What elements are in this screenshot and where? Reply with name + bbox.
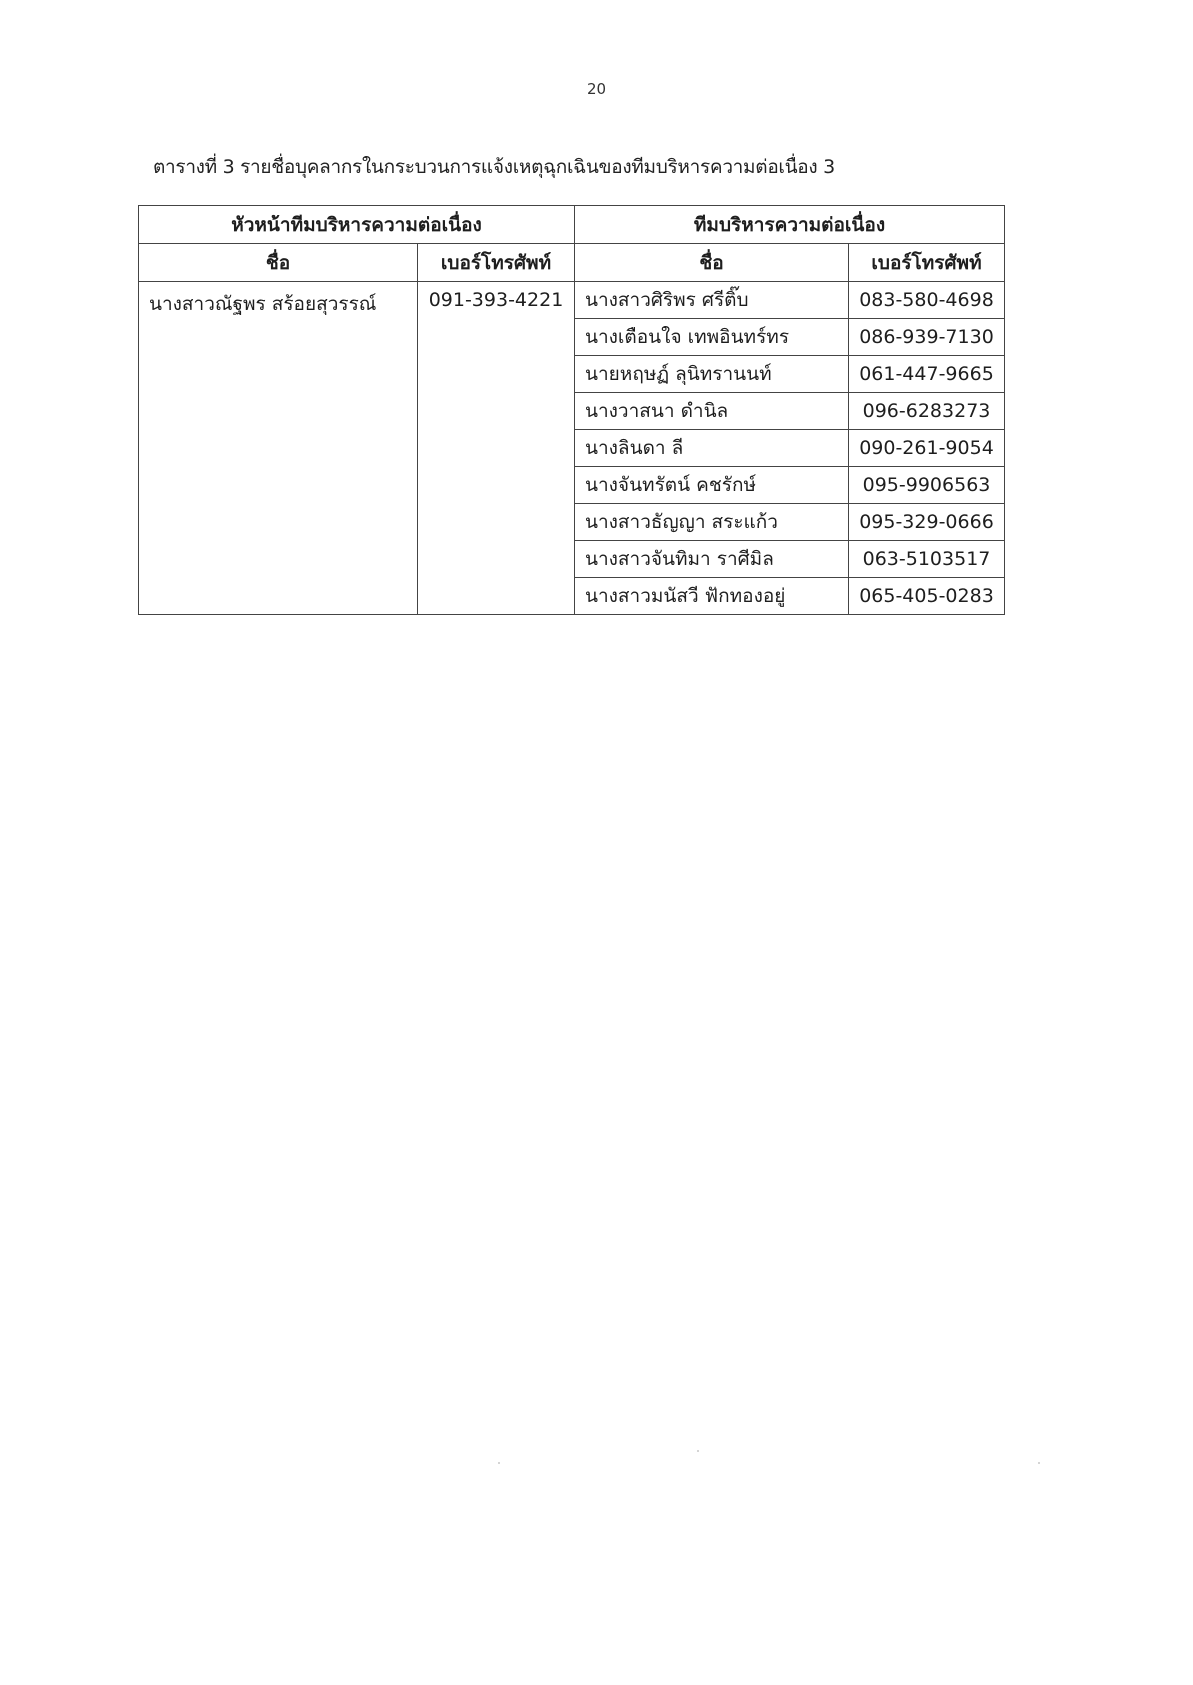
member-name: นางสาวจันทิมา ราศีมิล xyxy=(575,541,849,578)
scan-speck xyxy=(697,1450,699,1452)
member-name: นางสาวศิริพร ศรีติ๊บ xyxy=(575,282,849,319)
table-caption: ตารางที่ 3 รายชื่อบุคลากรในกระบวนการแจ้ง… xyxy=(153,152,835,182)
leader-name: นางสาวณัฐพร สร้อยสุวรรณ์ xyxy=(139,282,418,615)
member-name: นางสาวธัญญา สระแก้ว xyxy=(575,504,849,541)
member-phone: 095-329-0666 xyxy=(849,504,1005,541)
member-phone: 083-580-4698 xyxy=(849,282,1005,319)
member-phone: 096-6283273 xyxy=(849,393,1005,430)
emergency-contact-table: หัวหน้าทีมบริหารความต่อเนื่อง ทีมบริหารค… xyxy=(138,205,1005,615)
leader-phone: 091-393-4221 xyxy=(418,282,575,615)
member-phone: 090-261-9054 xyxy=(849,430,1005,467)
member-name: นางเตือนใจ เทพอินทร์ทร xyxy=(575,319,849,356)
leader-name-header: ชื่อ xyxy=(139,244,418,282)
member-name: นายหฤษฏ์ ลุนิทรานนท์ xyxy=(575,356,849,393)
member-phone: 065-405-0283 xyxy=(849,578,1005,615)
member-phone: 061-447-9665 xyxy=(849,356,1005,393)
member-phone: 063-5103517 xyxy=(849,541,1005,578)
scan-speck xyxy=(498,1462,500,1464)
member-phone: 095-9906563 xyxy=(849,467,1005,504)
table-row: นางสาวณัฐพร สร้อยสุวรรณ์ 091-393-4221 นา… xyxy=(139,282,1005,319)
team-name-header: ชื่อ xyxy=(575,244,849,282)
member-name: นางลินดา ลี xyxy=(575,430,849,467)
leader-group-header: หัวหน้าทีมบริหารความต่อเนื่อง xyxy=(139,206,575,244)
column-header-row: ชื่อ เบอร์โทรศัพท์ ชื่อ เบอร์โทรศัพท์ xyxy=(139,244,1005,282)
group-header-row: หัวหน้าทีมบริหารความต่อเนื่อง ทีมบริหารค… xyxy=(139,206,1005,244)
table-body: นางสาวณัฐพร สร้อยสุวรรณ์ 091-393-4221 นา… xyxy=(139,282,1005,615)
member-name: นางสาวมนัสวี ฟักทองอยู่ xyxy=(575,578,849,615)
member-phone: 086-939-7130 xyxy=(849,319,1005,356)
team-group-header: ทีมบริหารความต่อเนื่อง xyxy=(575,206,1005,244)
scan-speck xyxy=(1038,1462,1040,1464)
team-phone-header: เบอร์โทรศัพท์ xyxy=(849,244,1005,282)
leader-phone-header: เบอร์โทรศัพท์ xyxy=(418,244,575,282)
member-name: นางวาสนา ดำนิล xyxy=(575,393,849,430)
page-number: 20 xyxy=(0,80,1193,98)
member-name: นางจันทรัตน์ คชรักษ์ xyxy=(575,467,849,504)
